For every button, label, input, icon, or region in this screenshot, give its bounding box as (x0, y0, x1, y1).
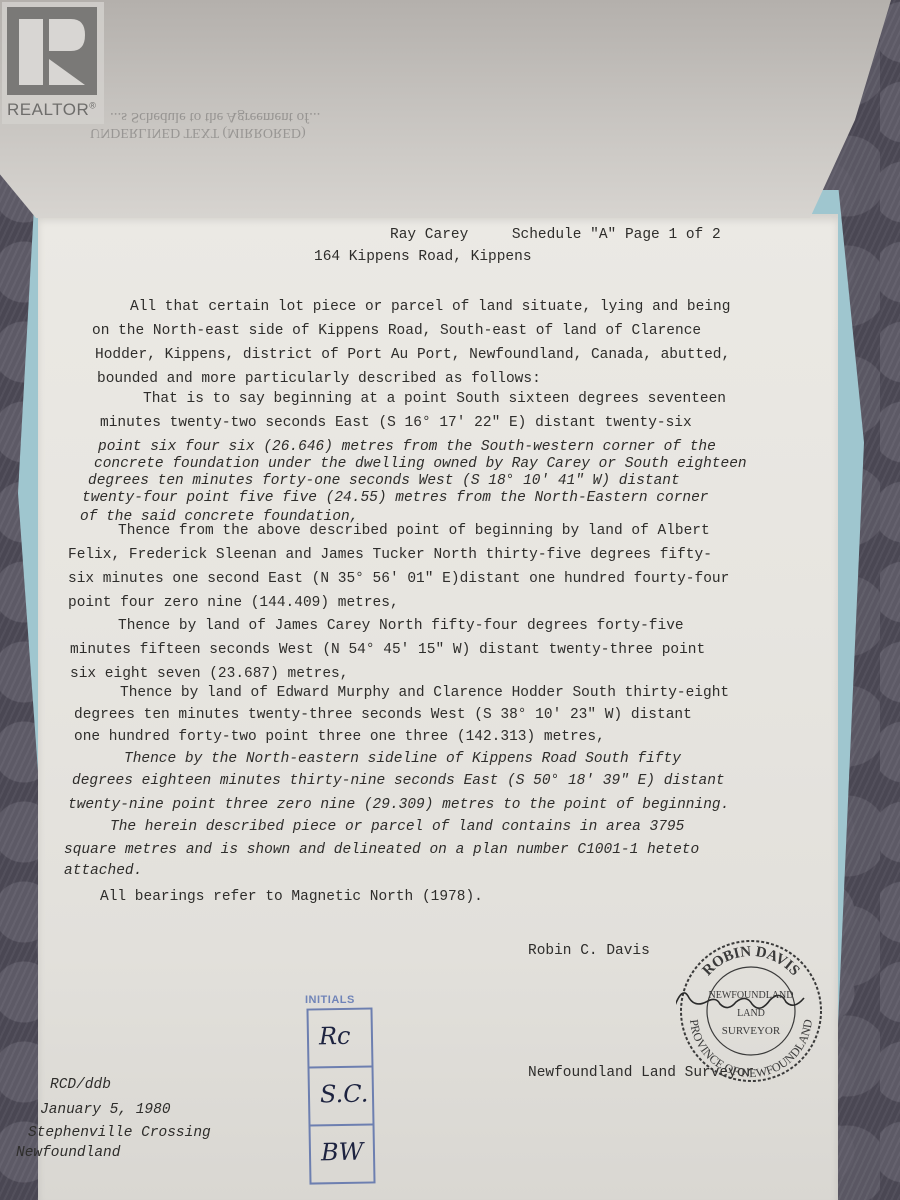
realtor-r-logo-icon (7, 7, 97, 95)
description-line: Felix, Frederick Sleenan and James Tucke… (68, 548, 712, 563)
description-line: on the North-east side of Kippens Road, … (92, 324, 701, 339)
schedule-header: Ray Carey Schedule "A" Page 1 of 2 (390, 228, 721, 243)
description-line: minutes fifteen seconds West (N 54° 45' … (70, 643, 705, 658)
description-line: concrete foundation under the dwelling o… (94, 457, 747, 472)
description-line: degrees eighteen minutes thirty-nine sec… (72, 774, 725, 789)
document-date: January 5, 1980 (40, 1103, 171, 1118)
surveyor-seal-stamp: ROBIN DAVIS PROVINCE OF NEWFOUNDLAND NEW… (676, 936, 826, 1086)
document-place: Stephenville Crossing (28, 1126, 211, 1141)
surveyor-name: Robin C. Davis (528, 944, 650, 959)
svg-text:ROBIN DAVIS: ROBIN DAVIS (700, 944, 803, 979)
description-line: degrees ten minutes forty-one seconds We… (88, 474, 680, 489)
description-line: one hundred forty-two point three one th… (74, 730, 605, 745)
description-line: minutes twenty-two seconds East (S 16° 1… (100, 416, 692, 431)
seal-inner-3: SURVEYOR (722, 1025, 781, 1037)
description-line: degrees ten minutes twenty-three seconds… (74, 708, 692, 723)
description-line: attached. (64, 864, 142, 879)
document-province: Newfoundland (16, 1146, 120, 1161)
description-line: bounded and more particularly described … (97, 372, 541, 387)
description-line: Thence from the above described point of… (118, 524, 710, 539)
realtor-watermark: REALTOR® (2, 2, 104, 124)
description-line: Thence by land of Edward Murphy and Clar… (120, 686, 729, 701)
seal-top-text: ROBIN DAVIS (700, 944, 803, 979)
realtor-wordmark: REALTOR® (7, 100, 96, 120)
initials-cell: Rc (309, 1009, 372, 1068)
description-line: twenty-four point five five (24.55) metr… (82, 491, 709, 506)
description-line: Thence by the North-eastern sideline of … (124, 752, 681, 767)
description-line: six minutes one second East (N 35° 56' 0… (68, 572, 729, 587)
description-line: twenty-nine point three zero nine (29.30… (68, 798, 729, 813)
flap-ghost-text-2: UNDERLINED TEXT (MIRRORED) (90, 124, 306, 140)
initials-stamp-box: Rc S.C. BW (306, 1007, 375, 1184)
initials-label: INITIALS (305, 994, 355, 1006)
description-line: six eight seven (23.687) metres, (70, 667, 348, 682)
initials-cell: S.C. (310, 1067, 373, 1126)
description-line: All that certain lot piece or parcel of … (130, 300, 730, 315)
folded-top-flap: ...s Schedule to the Agreement of... UND… (0, 0, 900, 218)
description-line: The herein described piece or parcel of … (110, 820, 684, 835)
property-address: 164 Kippens Road, Kippens (314, 250, 532, 265)
description-line: Hodder, Kippens, district of Port Au Por… (95, 348, 730, 363)
description-line: point four zero nine (144.409) metres, (68, 596, 399, 611)
initials-cell: BW (311, 1125, 374, 1182)
seal-inner-2: LAND (737, 1008, 765, 1019)
description-line: Thence by land of James Carey North fift… (118, 619, 684, 634)
flap-ghost-text-1: ...s Schedule to the Agreement of... (110, 108, 320, 125)
description-line: square metres and is shown and delineate… (64, 843, 699, 858)
reference-initials: RCD/ddb (50, 1078, 111, 1093)
description-line: point six four six (26.646) metres from … (98, 440, 716, 455)
description-line: That is to say beginning at a point Sout… (143, 392, 726, 407)
description-line: All bearings refer to Magnetic North (19… (100, 890, 483, 905)
